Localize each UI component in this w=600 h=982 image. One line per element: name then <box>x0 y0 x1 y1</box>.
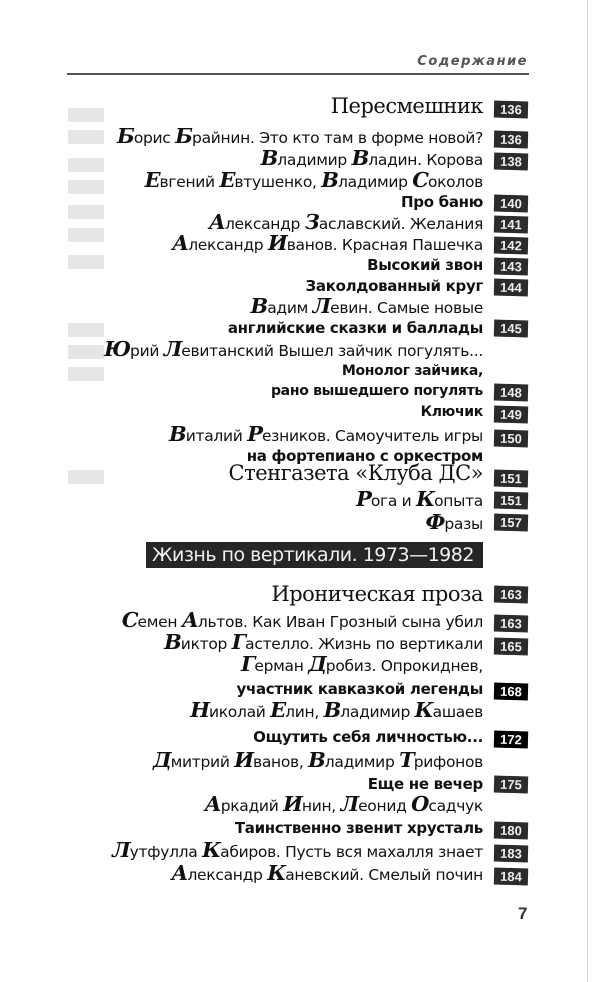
toc-author-entry: Аркадий Инин, Леонид Осадчук <box>205 796 483 815</box>
decorative-initial: Д <box>308 651 326 676</box>
page-edge <box>587 0 588 982</box>
toc-title-entry: английские сказки и баллады <box>228 319 483 337</box>
decorative-initial: Л <box>164 336 182 361</box>
entry-text: ладимир <box>277 151 351 169</box>
decorative-initial: И <box>268 230 287 255</box>
bleed-through-mark <box>68 130 104 144</box>
page-number: 7 <box>518 904 527 924</box>
entry-text: абиров. Пусть вся махалля знает <box>220 843 483 861</box>
page-badge: 136 <box>494 101 528 119</box>
decorative-initial: Ю <box>104 336 130 361</box>
page-badge: 165 <box>494 638 528 656</box>
toc-author-entry: Фразы <box>426 514 483 533</box>
entry-text: утфулла <box>130 843 202 861</box>
decorative-initial: А <box>172 230 188 255</box>
page-badge: 157 <box>494 514 528 532</box>
decorative-initial: К <box>202 837 220 862</box>
page-badge: 168 <box>494 683 528 701</box>
running-head: Содержание <box>417 54 528 69</box>
entry-text: ркадий <box>221 797 283 815</box>
toc-author-entry: Рога и Копыта <box>356 491 483 510</box>
decorative-initial: И <box>234 747 253 772</box>
decorative-initial: В <box>251 293 268 318</box>
entry-text: садчук <box>428 797 483 815</box>
entry-text: нин, <box>302 797 341 815</box>
decorative-initial: В <box>352 145 369 170</box>
entry-text: иколай <box>209 703 270 721</box>
entry-text: втушенко, <box>234 173 321 191</box>
page-badge: 150 <box>494 430 528 448</box>
decorative-initial: Д <box>153 747 171 772</box>
toc-author-entry: Герман Дробиз. Опрокиднев, <box>241 656 483 675</box>
decorative-initial: В <box>308 747 325 772</box>
page-badge: 143 <box>494 258 528 276</box>
decorative-initial: К <box>267 860 285 885</box>
decorative-initial: В <box>261 145 278 170</box>
header-rule <box>67 73 529 75</box>
bleed-through-mark <box>68 228 104 242</box>
page-badge: 163 <box>494 615 528 633</box>
part-title-bar: Жизнь по вертикали. 1973—1982 <box>146 542 483 568</box>
decorative-initial: Б <box>117 123 134 148</box>
toc-title-entry: рано вышедшего погулять <box>271 383 483 399</box>
page-badge: 140 <box>494 195 528 213</box>
toc-title-entry: Ощутить себя личностью... <box>253 728 483 746</box>
decorative-initial: З <box>305 209 319 234</box>
entry-text: аневский. Смелый почин <box>285 866 483 884</box>
toc-title-entry: Ключик <box>421 404 483 420</box>
entry-text: еонид <box>358 797 411 815</box>
bleed-through-mark <box>68 470 104 484</box>
decorative-initial: Л <box>341 791 359 816</box>
toc-author-entry: Борис Брайнин. Это кто там в форме новой… <box>117 128 483 147</box>
decorative-initial: Г <box>241 651 254 676</box>
decorative-initial: Ф <box>426 509 445 534</box>
decorative-initial: Р <box>247 421 262 446</box>
page-badge: 142 <box>494 237 528 255</box>
entry-text: адим <box>267 299 312 317</box>
toc-author-entry: Вадим Левин. Самые новые <box>251 298 483 317</box>
decorative-initial: Р <box>356 486 371 511</box>
page-badge: 148 <box>494 384 528 402</box>
entry-text: лександр <box>187 866 267 884</box>
decorative-initial: О <box>411 791 428 816</box>
decorative-initial: В <box>169 421 186 446</box>
entry-text: лин, <box>285 703 323 721</box>
page-badge: 138 <box>494 153 528 171</box>
decorative-initial: А <box>205 791 221 816</box>
entry-text: ладимир <box>340 703 414 721</box>
decorative-initial: Е <box>145 167 160 192</box>
decorative-initial: А <box>182 607 198 632</box>
decorative-initial: Т <box>399 747 414 772</box>
page-badge: 141 <box>494 216 528 234</box>
page-badge: 163 <box>494 586 528 604</box>
entry-text: евин. Самые новые <box>330 299 483 317</box>
decorative-initial: Е <box>270 697 285 722</box>
entry-text: ашаев <box>433 703 483 721</box>
page-badge: 151 <box>494 492 528 510</box>
toc-section-heading: Стенгазета «Клуба ДС» <box>229 461 483 485</box>
toc-author-entry: Александр Иванов. Красная Пашечка <box>172 235 483 254</box>
entry-text: езников. Самоучитель игры <box>262 427 483 445</box>
toc-section-heading: Пересмешник <box>331 94 483 118</box>
toc-title-entry: Таинственно звенит хрусталь <box>235 819 483 837</box>
decorative-initial: К <box>416 486 434 511</box>
decorative-initial: Б <box>175 123 192 148</box>
entry-text: разы <box>444 515 483 533</box>
entry-text: ванов, <box>253 753 308 771</box>
entry-text: лександр <box>188 236 268 254</box>
decorative-initial: В <box>321 167 338 192</box>
page-badge: 180 <box>494 822 528 840</box>
page-badge: 151 <box>494 470 528 488</box>
decorative-initial: Л <box>313 293 331 318</box>
entry-text: околов <box>428 173 483 191</box>
bleed-through-mark <box>68 323 104 337</box>
bleed-through-mark <box>68 158 104 172</box>
entry-text: орис <box>134 129 175 147</box>
toc-title-entry: Высокий звон <box>367 256 483 274</box>
entry-text: астелло. Жизнь по вертикали <box>245 635 483 653</box>
entry-text: ерман <box>254 657 308 675</box>
toc-author-entry: Александр Каневский. Смелый почин <box>171 865 483 884</box>
entry-text: вгений <box>160 173 220 191</box>
entry-text: аславский. Желания <box>319 215 483 233</box>
toc-author-entry: Евгений Евтушенко, Владимир Соколов <box>145 172 483 191</box>
toc-title-entry: участник кавказкой легенды <box>236 680 483 698</box>
page-badge: 149 <box>494 406 528 424</box>
decorative-initial: С <box>122 607 138 632</box>
entry-text: ладимир <box>338 173 412 191</box>
entry-text: робиз. Опрокиднев, <box>326 657 483 675</box>
decorative-initial: Е <box>219 167 234 192</box>
decorative-initial: В <box>164 629 181 654</box>
page-badge: 175 <box>494 776 528 794</box>
page-badge: 144 <box>494 279 528 297</box>
decorative-initial: Л <box>112 837 130 862</box>
entry-text: митрий <box>171 753 235 771</box>
decorative-initial: А <box>209 209 225 234</box>
decorative-initial: Н <box>190 697 209 722</box>
bleed-through-mark <box>68 345 104 359</box>
entry-text: ога и <box>371 492 416 510</box>
toc-title-entry: Монолог зайчика, <box>342 363 483 379</box>
entry-text: ванов. Красная Пашечка <box>287 236 483 254</box>
entry-text: рий <box>130 342 164 360</box>
toc-author-entry: Дмитрий Иванов, Владимир Трифонов <box>153 752 483 771</box>
entry-text: лександр <box>225 215 305 233</box>
decorative-initial: В <box>324 697 341 722</box>
entry-text: опыта <box>434 492 483 510</box>
toc-title-entry: Про баню <box>401 193 483 211</box>
toc-title-entry: Заколдованный круг <box>306 277 483 295</box>
toc-author-entry: Владимир Владин. Корова <box>261 150 483 169</box>
toc-author-entry: Виталий Резников. Самоучитель игры <box>169 426 483 445</box>
toc-author-entry: Лутфулла Кабиров. Пусть вся махалля знае… <box>112 842 483 861</box>
page-badge: 136 <box>494 131 528 149</box>
page-badge: 184 <box>494 868 528 886</box>
entry-text: евитанский Вышел зайчик погулять... <box>181 342 483 360</box>
bleed-through-mark <box>68 255 104 269</box>
bleed-through-mark <box>68 180 104 194</box>
decorative-initial: С <box>412 167 428 192</box>
entry-text: райнин. Это кто там в форме новой? <box>192 129 483 147</box>
bleed-through-mark <box>68 205 104 219</box>
entry-text: ладимир <box>325 753 399 771</box>
page-badge: 183 <box>494 845 528 863</box>
toc-author-entry: Юрий Левитанский Вышел зайчик погулять..… <box>104 341 483 360</box>
toc-author-entry: Николай Елин, Владимир Кашаев <box>190 702 483 721</box>
decorative-initial: К <box>415 697 433 722</box>
decorative-initial: А <box>171 860 187 885</box>
toc-section-heading: Ироническая проза <box>271 582 483 606</box>
entry-text: иктор <box>181 635 232 653</box>
page-badge: 145 <box>494 320 528 338</box>
entry-text: рифонов <box>414 753 483 771</box>
bleed-through-mark <box>68 108 104 122</box>
toc-author-entry: Александр Заславский. Желания <box>209 214 483 233</box>
bleed-through-mark <box>68 367 104 381</box>
entry-text: италий <box>186 427 247 445</box>
decorative-initial: И <box>283 791 302 816</box>
page-badge: 172 <box>494 731 528 749</box>
